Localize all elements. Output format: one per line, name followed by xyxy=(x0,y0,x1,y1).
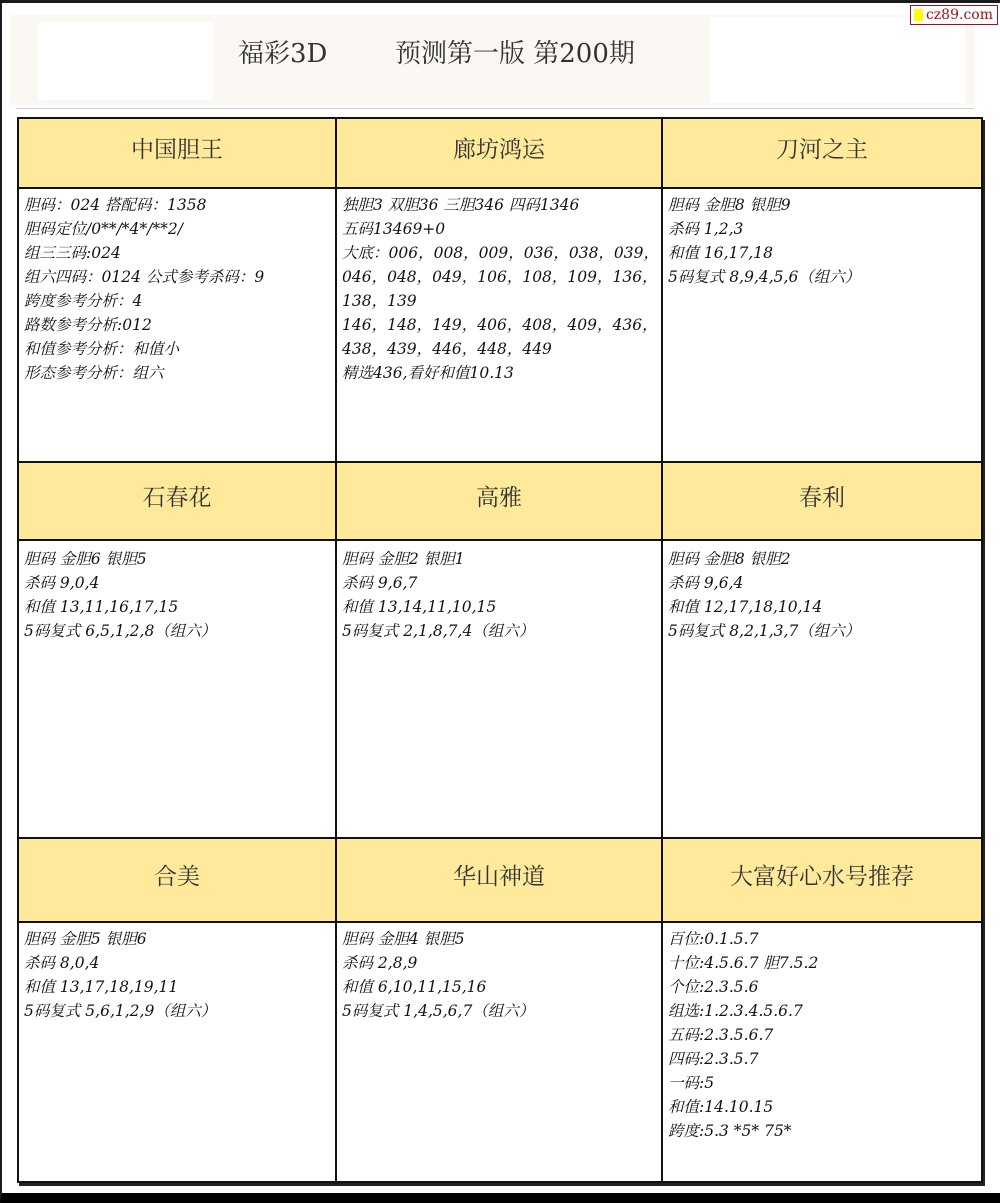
expert-header-4: 高雅 xyxy=(337,463,663,541)
prediction-line: 四码:2.3.5.7 xyxy=(668,1047,977,1071)
expert-header-5: 春利 xyxy=(663,463,981,541)
prediction-line: 和值 12,17,18,10,14 xyxy=(668,595,977,619)
prediction-line: 跨度参考分析：4 xyxy=(24,289,331,313)
expert-header-7: 华山神道 xyxy=(337,839,663,923)
banner-blank-right xyxy=(710,17,965,103)
prediction-line: 和值 6,10,11,15,16 xyxy=(342,975,657,999)
title-issue: 预测第一版 第200期 xyxy=(395,33,635,70)
expert-body-3: 胆码 金胆6 银胆5 杀码 9,0,4 和值 13,11,16,17,15 5码… xyxy=(19,541,337,839)
prediction-line: 046，048，049，106，108，109，136， xyxy=(342,265,657,289)
expert-header-1: 廊坊鸿运 xyxy=(337,119,663,189)
title-lottery-name: 福彩3D xyxy=(238,33,327,70)
expert-header-0: 中国胆王 xyxy=(19,119,337,189)
prediction-line: 胆码 金胆8 银胆2 xyxy=(668,547,977,571)
yellow-square-icon xyxy=(914,9,923,21)
prediction-grid: 中国胆王 廊坊鸿运 刀河之主 胆码：024 搭配码：1358 胆码定位/0**/… xyxy=(17,117,983,1183)
banner-blank-left xyxy=(38,22,213,100)
expert-body-7: 胆码 金胆4 银胆5 杀码 2,8,9 和值 6,10,11,15,16 5码复… xyxy=(337,923,663,1181)
divider xyxy=(16,108,974,109)
prediction-line: 胆码 金胆4 银胆5 xyxy=(342,927,657,951)
expert-header-6: 合美 xyxy=(19,839,337,923)
prediction-line: 胆码 金胆6 银胆5 xyxy=(24,547,331,571)
prediction-line: 跨度:5.3 *5* 75* xyxy=(668,1119,977,1143)
prediction-line: 和值参考分析：和值小 xyxy=(24,337,331,361)
expert-body-6: 胆码 金胆5 银胆6 杀码 8,0,4 和值 13,17,18,19,11 5码… xyxy=(19,923,337,1181)
prediction-line: 百位:0.1.5.7 xyxy=(668,927,977,951)
prediction-line: 138，139 xyxy=(342,289,657,313)
prediction-line: 5码复式 2,1,8,7,4（组六） xyxy=(342,619,657,643)
prediction-line: 五码:2.3.5.6.7 xyxy=(668,1023,977,1047)
prediction-line: 杀码 1,2,3 xyxy=(668,217,977,241)
prediction-line: 独胆3 双胆36 三胆346 四码1346 xyxy=(342,193,657,217)
prediction-line: 5码复式 5,6,1,2,9（组六） xyxy=(24,999,331,1023)
prediction-line: 杀码 9,0,4 xyxy=(24,571,331,595)
prediction-line: 组六四码：0124 公式参考杀码：9 xyxy=(24,265,331,289)
prediction-line: 组三三码:024 xyxy=(24,241,331,265)
prediction-line: 精选436,看好和值10.13 xyxy=(342,361,657,385)
prediction-line: 形态参考分析：组六 xyxy=(24,361,331,385)
expert-body-2: 胆码 金胆8 银胆9 杀码 1,2,3 和值 16,17,18 5码复式 8,9… xyxy=(663,189,981,463)
prediction-line: 5码复式 1,4,5,6,7（组六） xyxy=(342,999,657,1023)
prediction-line: 杀码 2,8,9 xyxy=(342,951,657,975)
prediction-line: 组选:1.2.3.4.5.6.7 xyxy=(668,999,977,1023)
watermark-text: cz89.com xyxy=(926,6,993,24)
prediction-line: 一码:5 xyxy=(668,1071,977,1095)
expert-header-2: 刀河之主 xyxy=(663,119,981,189)
prediction-line: 杀码 9,6,4 xyxy=(668,571,977,595)
prediction-line: 胆码：024 搭配码：1358 xyxy=(24,193,331,217)
expert-header-3: 石春花 xyxy=(19,463,337,541)
prediction-line: 146，148，149，406，408，409，436， xyxy=(342,313,657,337)
prediction-line: 5码复式 8,2,1,3,7（组六） xyxy=(668,619,977,643)
prediction-line: 胆码 金胆5 银胆6 xyxy=(24,927,331,951)
prediction-line: 胆码 金胆8 银胆9 xyxy=(668,193,977,217)
prediction-line: 和值 16,17,18 xyxy=(668,241,977,265)
prediction-line: 和值 13,14,11,10,15 xyxy=(342,595,657,619)
expert-body-8: 百位:0.1.5.7 十位:4.5.6.7 胆7.5.2 个位:2.3.5.6 … xyxy=(663,923,981,1181)
prediction-line: 胆码 金胆2 银胆1 xyxy=(342,547,657,571)
prediction-line: 路数参考分析:012 xyxy=(24,313,331,337)
prediction-line: 438，439，446，448，449 xyxy=(342,337,657,361)
expert-header-8: 大富好心水号推荐 xyxy=(663,839,981,923)
expert-body-0: 胆码：024 搭配码：1358 胆码定位/0**/*4*/**2/ 组三三码:0… xyxy=(19,189,337,463)
prediction-line: 5码复式 6,5,1,2,8（组六） xyxy=(24,619,331,643)
prediction-line: 五码13469+0 xyxy=(342,217,657,241)
prediction-line: 大底：006，008，009，036，038，039， xyxy=(342,241,657,265)
expert-body-4: 胆码 金胆2 银胆1 杀码 9,6,7 和值 13,14,11,10,15 5码… xyxy=(337,541,663,839)
expert-body-1: 独胆3 双胆36 三胆346 四码1346 五码13469+0 大底：006，0… xyxy=(337,189,663,463)
prediction-line: 和值:14.10.15 xyxy=(668,1095,977,1119)
prediction-line: 和值 13,17,18,19,11 xyxy=(24,975,331,999)
prediction-line: 杀码 9,6,7 xyxy=(342,571,657,595)
site-watermark: cz89.com xyxy=(910,5,998,25)
prediction-line: 十位:4.5.6.7 胆7.5.2 xyxy=(668,951,977,975)
prediction-line: 和值 13,11,16,17,15 xyxy=(24,595,331,619)
prediction-line: 5码复式 8,9,4,5,6（组六） xyxy=(668,265,977,289)
prediction-line: 杀码 8,0,4 xyxy=(24,951,331,975)
prediction-line: 个位:2.3.5.6 xyxy=(668,975,977,999)
page-frame: cz89.com 福彩3D 预测第一版 第200期 中国胆王 廊坊鸿运 刀河之主… xyxy=(0,0,1000,1203)
expert-body-5: 胆码 金胆8 银胆2 杀码 9,6,4 和值 12,17,18,10,14 5码… xyxy=(663,541,981,839)
prediction-line: 胆码定位/0**/*4*/**2/ xyxy=(24,217,331,241)
